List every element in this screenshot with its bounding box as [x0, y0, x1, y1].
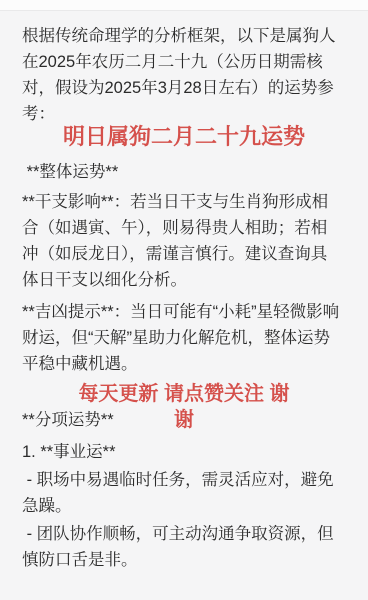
article-body: 根据传统命理学的分析框架，以下是属狗人 在2025年农历二月二十九（公历日期需核… — [0, 11, 368, 573]
ganzhi-influence-paragraph: **干支影响**：若当日干支与生肖狗形成相 合（如遇寅、午），则易得贵人相助；若… — [22, 189, 346, 293]
top-divider-strip — [0, 0, 368, 11]
intro-paragraph: 根据传统命理学的分析框架，以下是属狗人 在2025年农历二月二十九（公历日期需核… — [22, 23, 346, 127]
auspice-hint-paragraph: **吉凶提示**：当日可能有“小耗”星轻微影响 财运，但“天解”星助力化解危机，… — [22, 299, 346, 377]
fortune-article-page: 根据传统命理学的分析框架，以下是属狗人 在2025年农历二月二十九（公历日期需核… — [0, 0, 368, 573]
career-item-1: - 职场中易遇临时任务，需灵活应对，避免 急躁。 — [22, 467, 346, 519]
overall-section-heading: **整体运势** — [22, 159, 346, 185]
career-section-title: 1. **事业运** — [22, 439, 346, 465]
career-item-2: - 团队协作顺畅，可主动沟通争取资源，但 慎防口舌是非。 — [22, 521, 346, 573]
red-headline: 明日属狗二月二十九运势 — [22, 123, 346, 151]
